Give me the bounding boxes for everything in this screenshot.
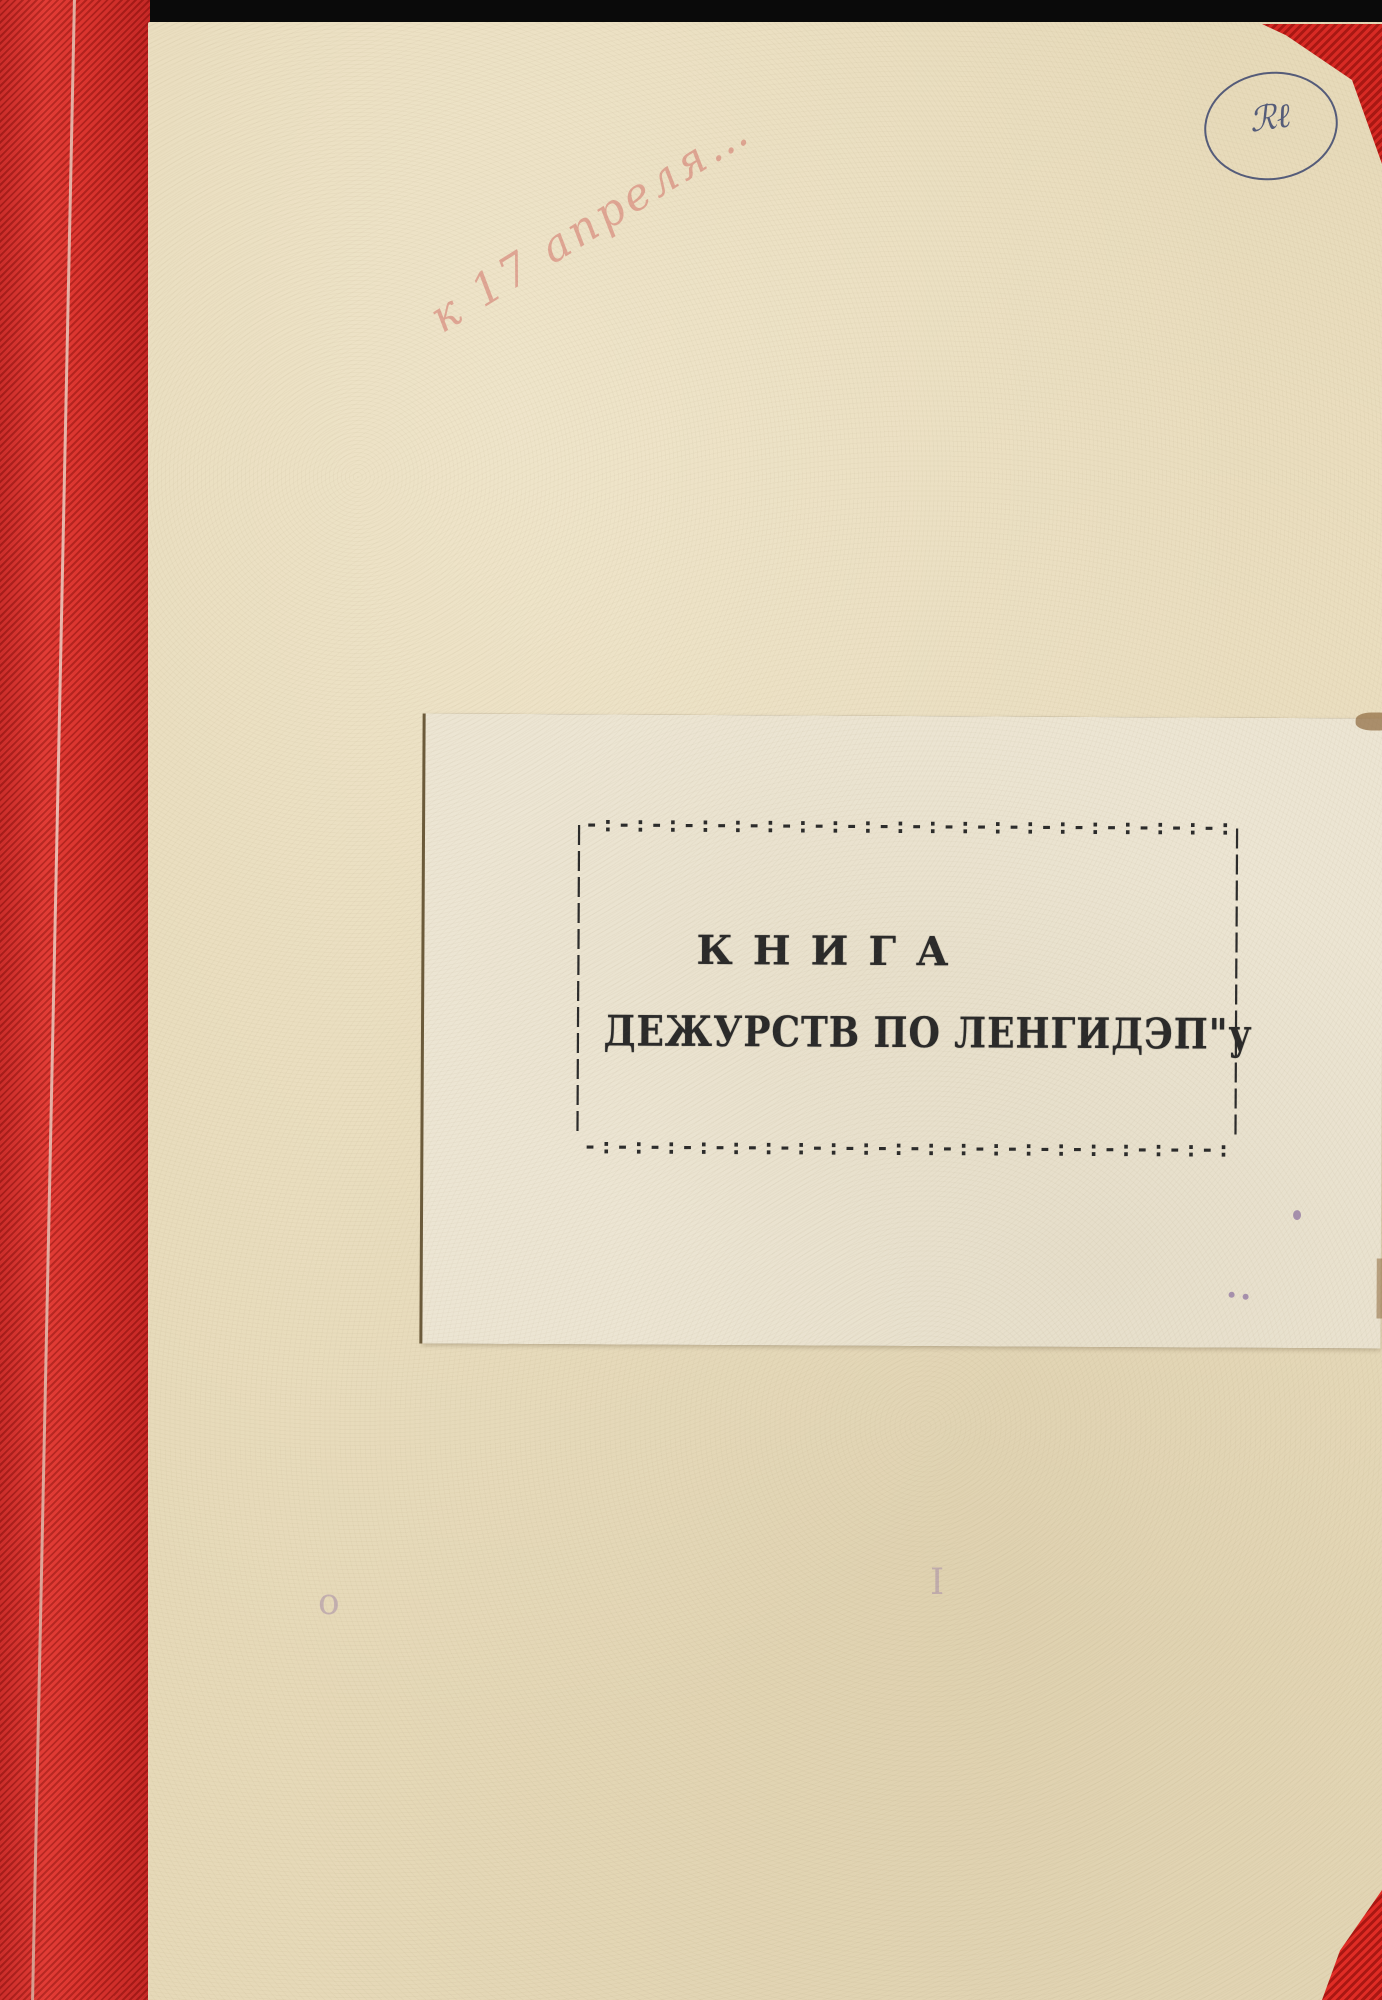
folio-number-text: ℛℓ bbox=[1203, 89, 1337, 147]
pasted-title-label: -:-:-:-:-:-:-:-:-:-:-:-:-:-:-:-:-:-:-:-:… bbox=[422, 713, 1382, 1348]
glue-stain bbox=[1377, 1258, 1382, 1318]
title-book: КНИГА bbox=[576, 926, 1240, 976]
frame-right-border: |:|:|:|:|:|:|:|:|:|:|:|: bbox=[1229, 824, 1245, 1156]
glue-stain bbox=[1356, 712, 1382, 730]
circled-folio-number: ℛℓ bbox=[1197, 63, 1345, 189]
spine-seam bbox=[31, 0, 76, 2000]
frame-top-border: -:-:-:-:-:-:-:-:-:-:-:-:-:-:-:-:-:-:-:-:… bbox=[585, 814, 1233, 839]
scanned-book-cover: ℛℓ к 17 апреля… -:-:-:-:-:-:-:-:-:-:-:-:… bbox=[0, 0, 1382, 2000]
ink-dot bbox=[1293, 1210, 1301, 1220]
frame-bottom-border: -:-:-:-:-:-:-:-:-:-:-:-:-:-:-:-:-:-:-:-:… bbox=[583, 1136, 1231, 1161]
red-cloth-spine bbox=[0, 0, 150, 2000]
ink-dot bbox=[1243, 1294, 1249, 1300]
typed-dotted-frame: -:-:-:-:-:-:-:-:-:-:-:-:-:-:-:-:-:-:-:-:… bbox=[575, 814, 1241, 1161]
faint-purple-mark: I bbox=[930, 1562, 944, 1603]
paper-cover: ℛℓ к 17 апреля… -:-:-:-:-:-:-:-:-:-:-:-:… bbox=[148, 22, 1382, 2000]
title-duty-log: ДЕЖУРСТВ ПО ЛЕНГИДЭП"у bbox=[576, 1006, 1147, 1058]
frame-left-border: |:|:|:|:|:|:|:|:|:|:|:|: bbox=[571, 820, 587, 1152]
ink-dot bbox=[1229, 1292, 1235, 1298]
red-pencil-annotation: к 17 апреля… bbox=[421, 105, 760, 343]
faint-purple-mark: о bbox=[318, 1582, 340, 1623]
